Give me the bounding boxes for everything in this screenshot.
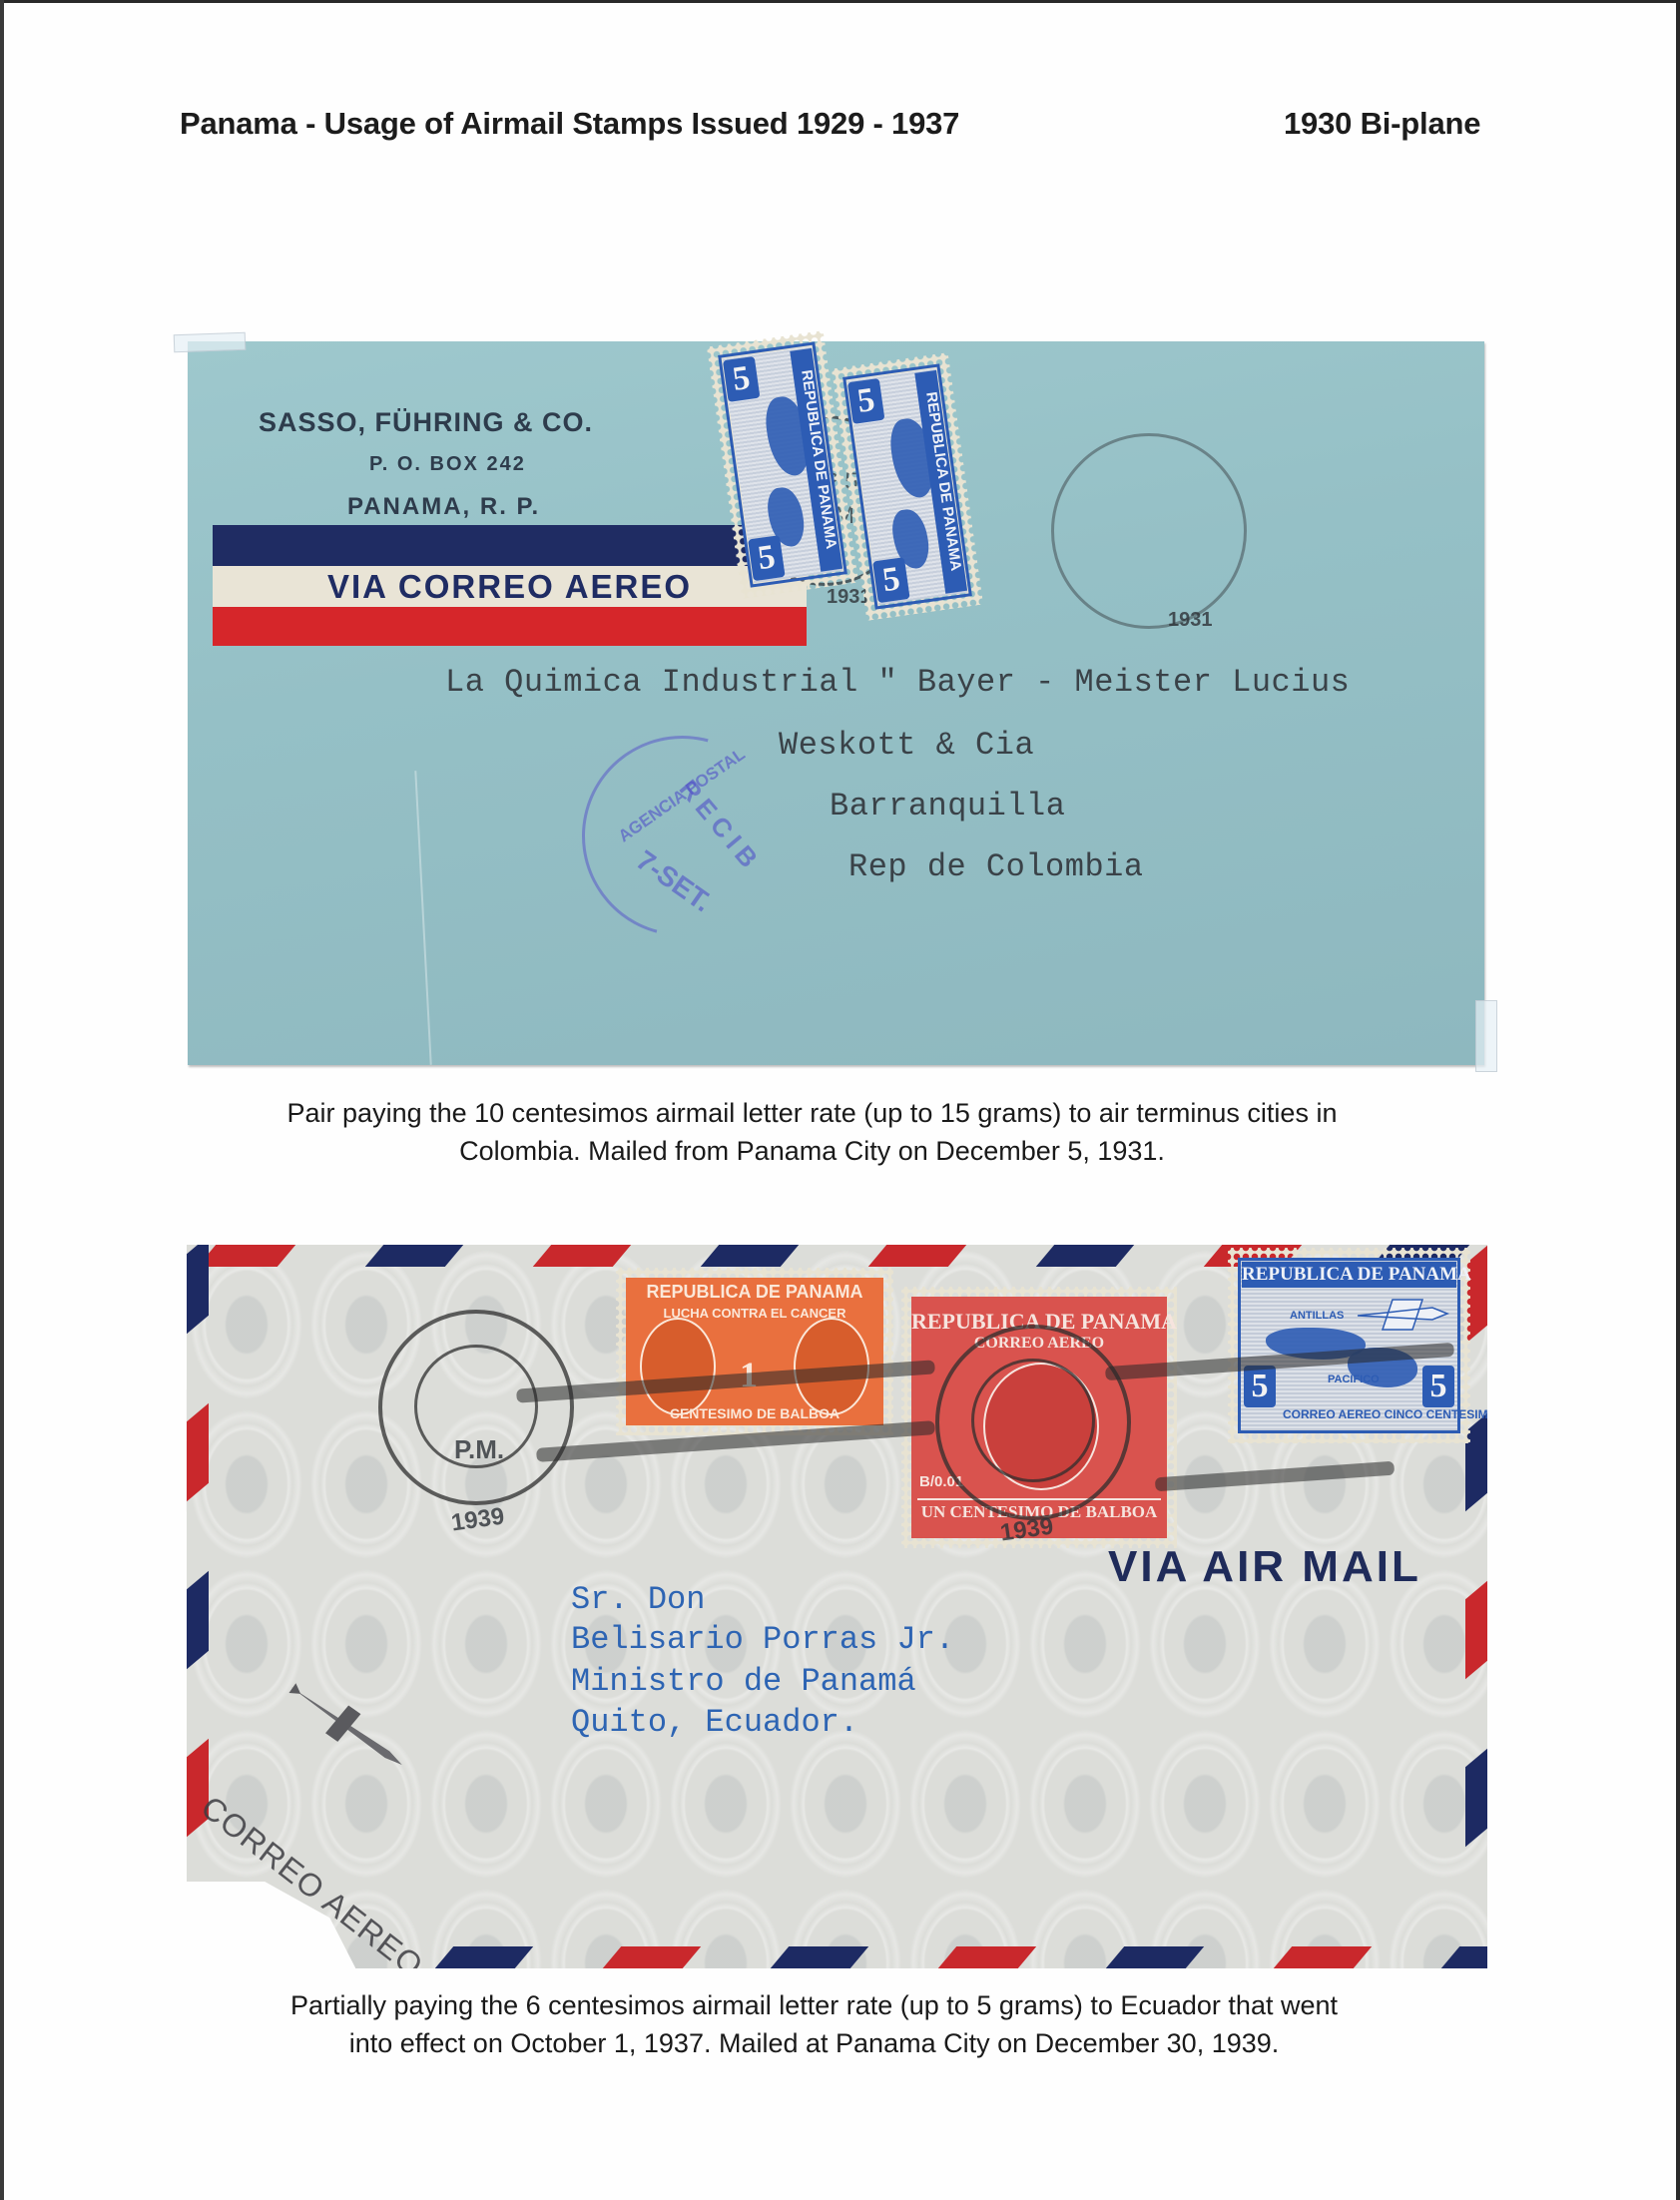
address-line: Ministro de Panamá <box>571 1663 916 1700</box>
stamp-inscription: CENTESIMO DE BALBOA <box>626 1405 883 1421</box>
postmark-year: 1931 <box>1168 609 1213 632</box>
airmail-label: VIA AIR MAIL <box>1108 1542 1421 1592</box>
address-line: Weskott & Cia <box>779 727 1034 764</box>
airmail-handstamp: CORREO AEREO <box>194 1789 430 1984</box>
stamp-inscription: CORREO AEREO CINCO CENTESIMOS DE BALBOA <box>1283 1408 1415 1421</box>
stamp-value: 5 <box>1244 1366 1276 1407</box>
address-line: Rep de Colombia <box>848 848 1144 885</box>
address-line: Belisario Porras Jr. <box>571 1621 954 1658</box>
postmark-time: P.M. <box>454 1434 504 1465</box>
mount-hinge <box>174 332 247 353</box>
airplane-icon <box>278 1669 415 1782</box>
page-title: Panama - Usage of Airmail Stamps Issued … <box>180 106 959 142</box>
cover-2-envelope: REPUBLICA DE PANAMA LUCHA CONTRA EL CANC… <box>187 1245 1487 1968</box>
paper-crease <box>414 771 431 1065</box>
stamp-value: 5 <box>723 356 761 402</box>
stamp-value: 5 <box>847 378 885 424</box>
airmail-label: VIA CORREO AEREO <box>213 525 807 646</box>
address-line: La Quimica Industrial " Bayer - Meister … <box>445 664 1350 701</box>
cover-2-caption: Partially paying the 6 centesimos airmai… <box>0 1986 1654 2062</box>
mount-hinge <box>1475 1000 1497 1072</box>
cover-1-envelope: SASSO, FÜHRING & CO. P. O. BOX 242 PANAM… <box>188 341 1484 1065</box>
caption-line: into effect on October 1, 1937. Mailed a… <box>0 2024 1654 2062</box>
postmark-year: 1939 <box>449 1502 506 1537</box>
caption-line: Partially paying the 6 centesimos airmai… <box>0 1986 1654 2024</box>
airmail-label-text: VIA CORREO AEREO <box>213 567 807 607</box>
address-line: Sr. Don <box>571 1581 705 1618</box>
stamp-country: REPUBLICA DE PANAMA <box>626 1282 883 1303</box>
stamp-country: REPUBLICA DE PANAMA <box>1242 1262 1456 1288</box>
postmark <box>1051 433 1247 629</box>
page-subtitle: 1930 Bi-plane <box>1284 106 1480 142</box>
address-line: Quito, Ecuador. <box>571 1704 858 1741</box>
caption-line: Pair paying the 10 centesimos airmail le… <box>0 1094 1652 1132</box>
scan-edge <box>0 0 1680 3</box>
sender-name: SASSO, FÜHRING & CO. <box>259 407 593 438</box>
portrait-icon <box>640 1318 716 1415</box>
stamp-value: 5 <box>1422 1366 1454 1407</box>
scan-edge <box>1676 0 1680 2200</box>
cover-1-caption: Pair paying the 10 centesimos airmail le… <box>0 1094 1652 1170</box>
sender-po-box: P. O. BOX 242 <box>369 453 526 476</box>
caption-line: Colombia. Mailed from Panama City on Dec… <box>0 1132 1652 1170</box>
stamp-label: ANTILLAS <box>1290 1310 1344 1322</box>
stamp-text: LUCHA CONTRA EL CANCER <box>626 1306 883 1321</box>
address-line: Barranquilla <box>830 788 1065 825</box>
cancel-bar <box>1155 1461 1395 1492</box>
biplane-icon <box>1353 1296 1452 1336</box>
stamp-1c-cancer: REPUBLICA DE PANAMA LUCHA CONTRA EL CANC… <box>616 1268 893 1435</box>
stamp-value: 5 <box>748 535 786 581</box>
stamp-value: 5 <box>872 557 910 603</box>
sender-city: PANAMA, R. P. <box>347 493 540 521</box>
